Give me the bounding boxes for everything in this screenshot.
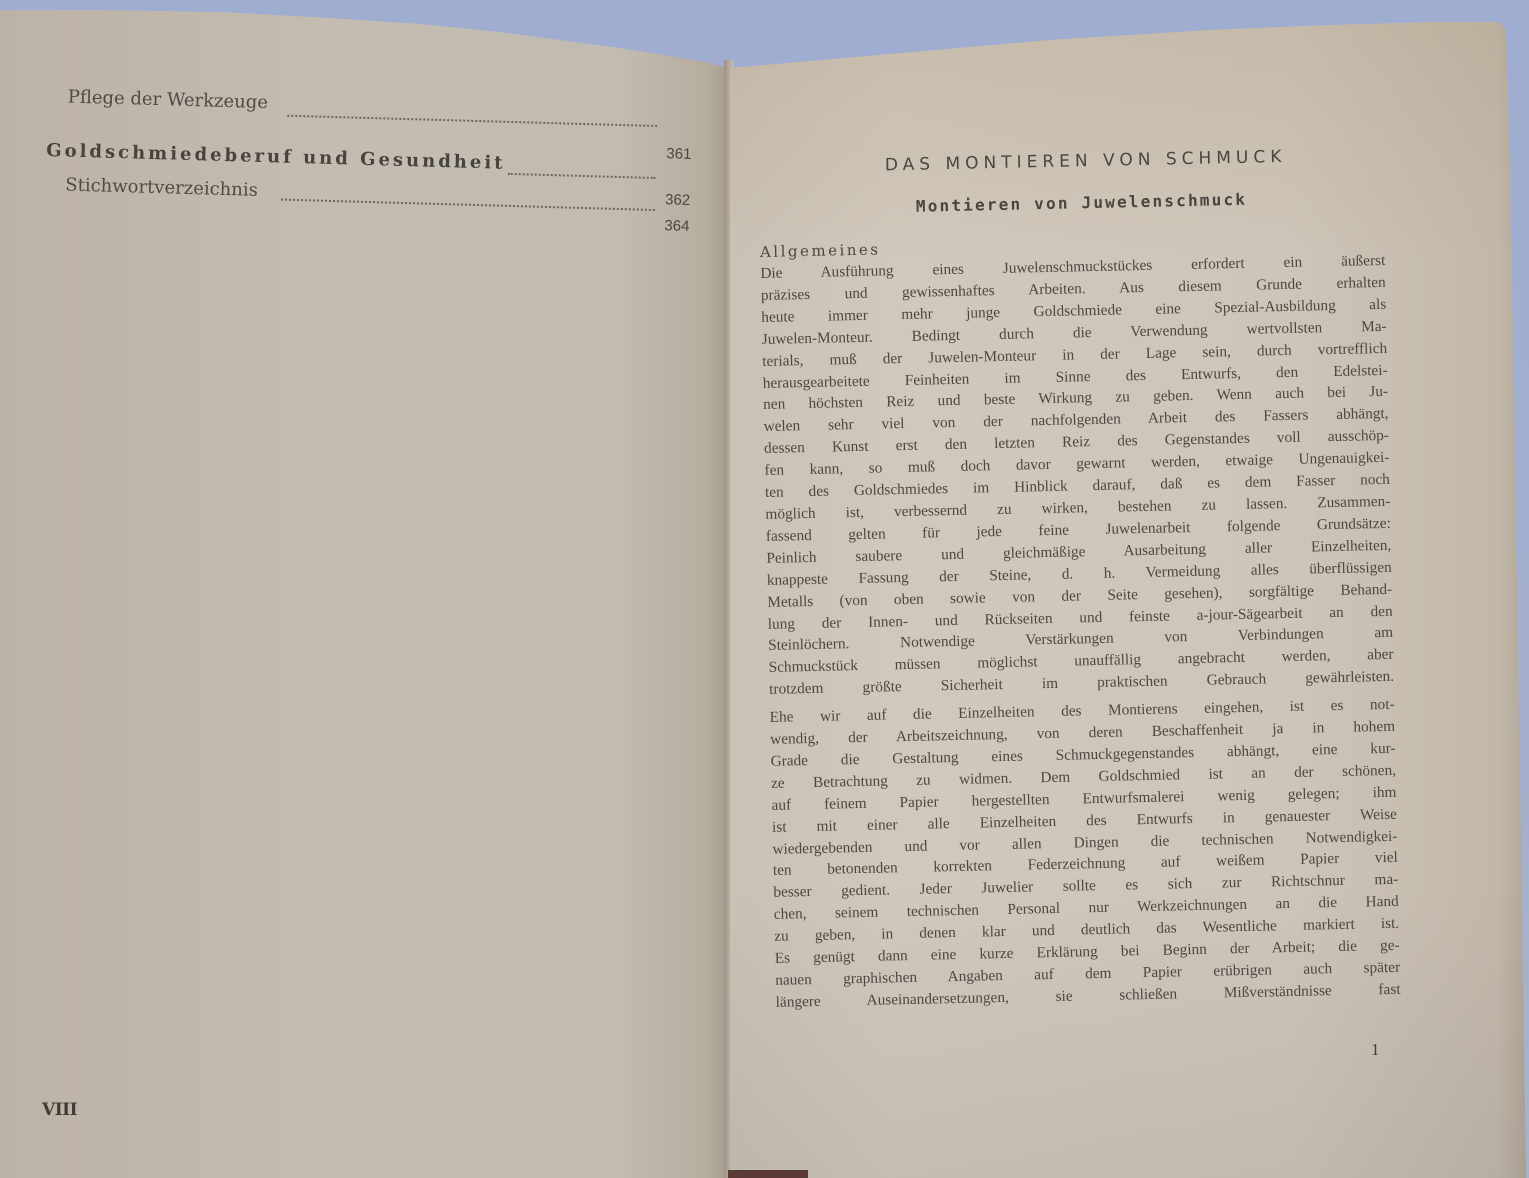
right-page-content: DAS MONTIEREN VON SCHMUCK Montieren von … bbox=[758, 145, 1401, 1014]
page-number-left: VIII bbox=[42, 1100, 77, 1120]
body-paragraph: Die Ausführung eines Juwelenschmuckstück… bbox=[760, 250, 1394, 701]
toc-page-number: 362 bbox=[665, 191, 690, 209]
toc-page-number: 364 bbox=[664, 217, 689, 235]
page-number-right: 1 bbox=[1371, 1040, 1380, 1060]
book-cover-edge bbox=[728, 1170, 808, 1178]
body-paragraph: Ehe wir auf die Einzelheiten des Montier… bbox=[770, 694, 1401, 1014]
toc-page-number: 361 bbox=[666, 145, 691, 163]
section-title: Montieren von Juwelenschmuck bbox=[759, 187, 1384, 219]
